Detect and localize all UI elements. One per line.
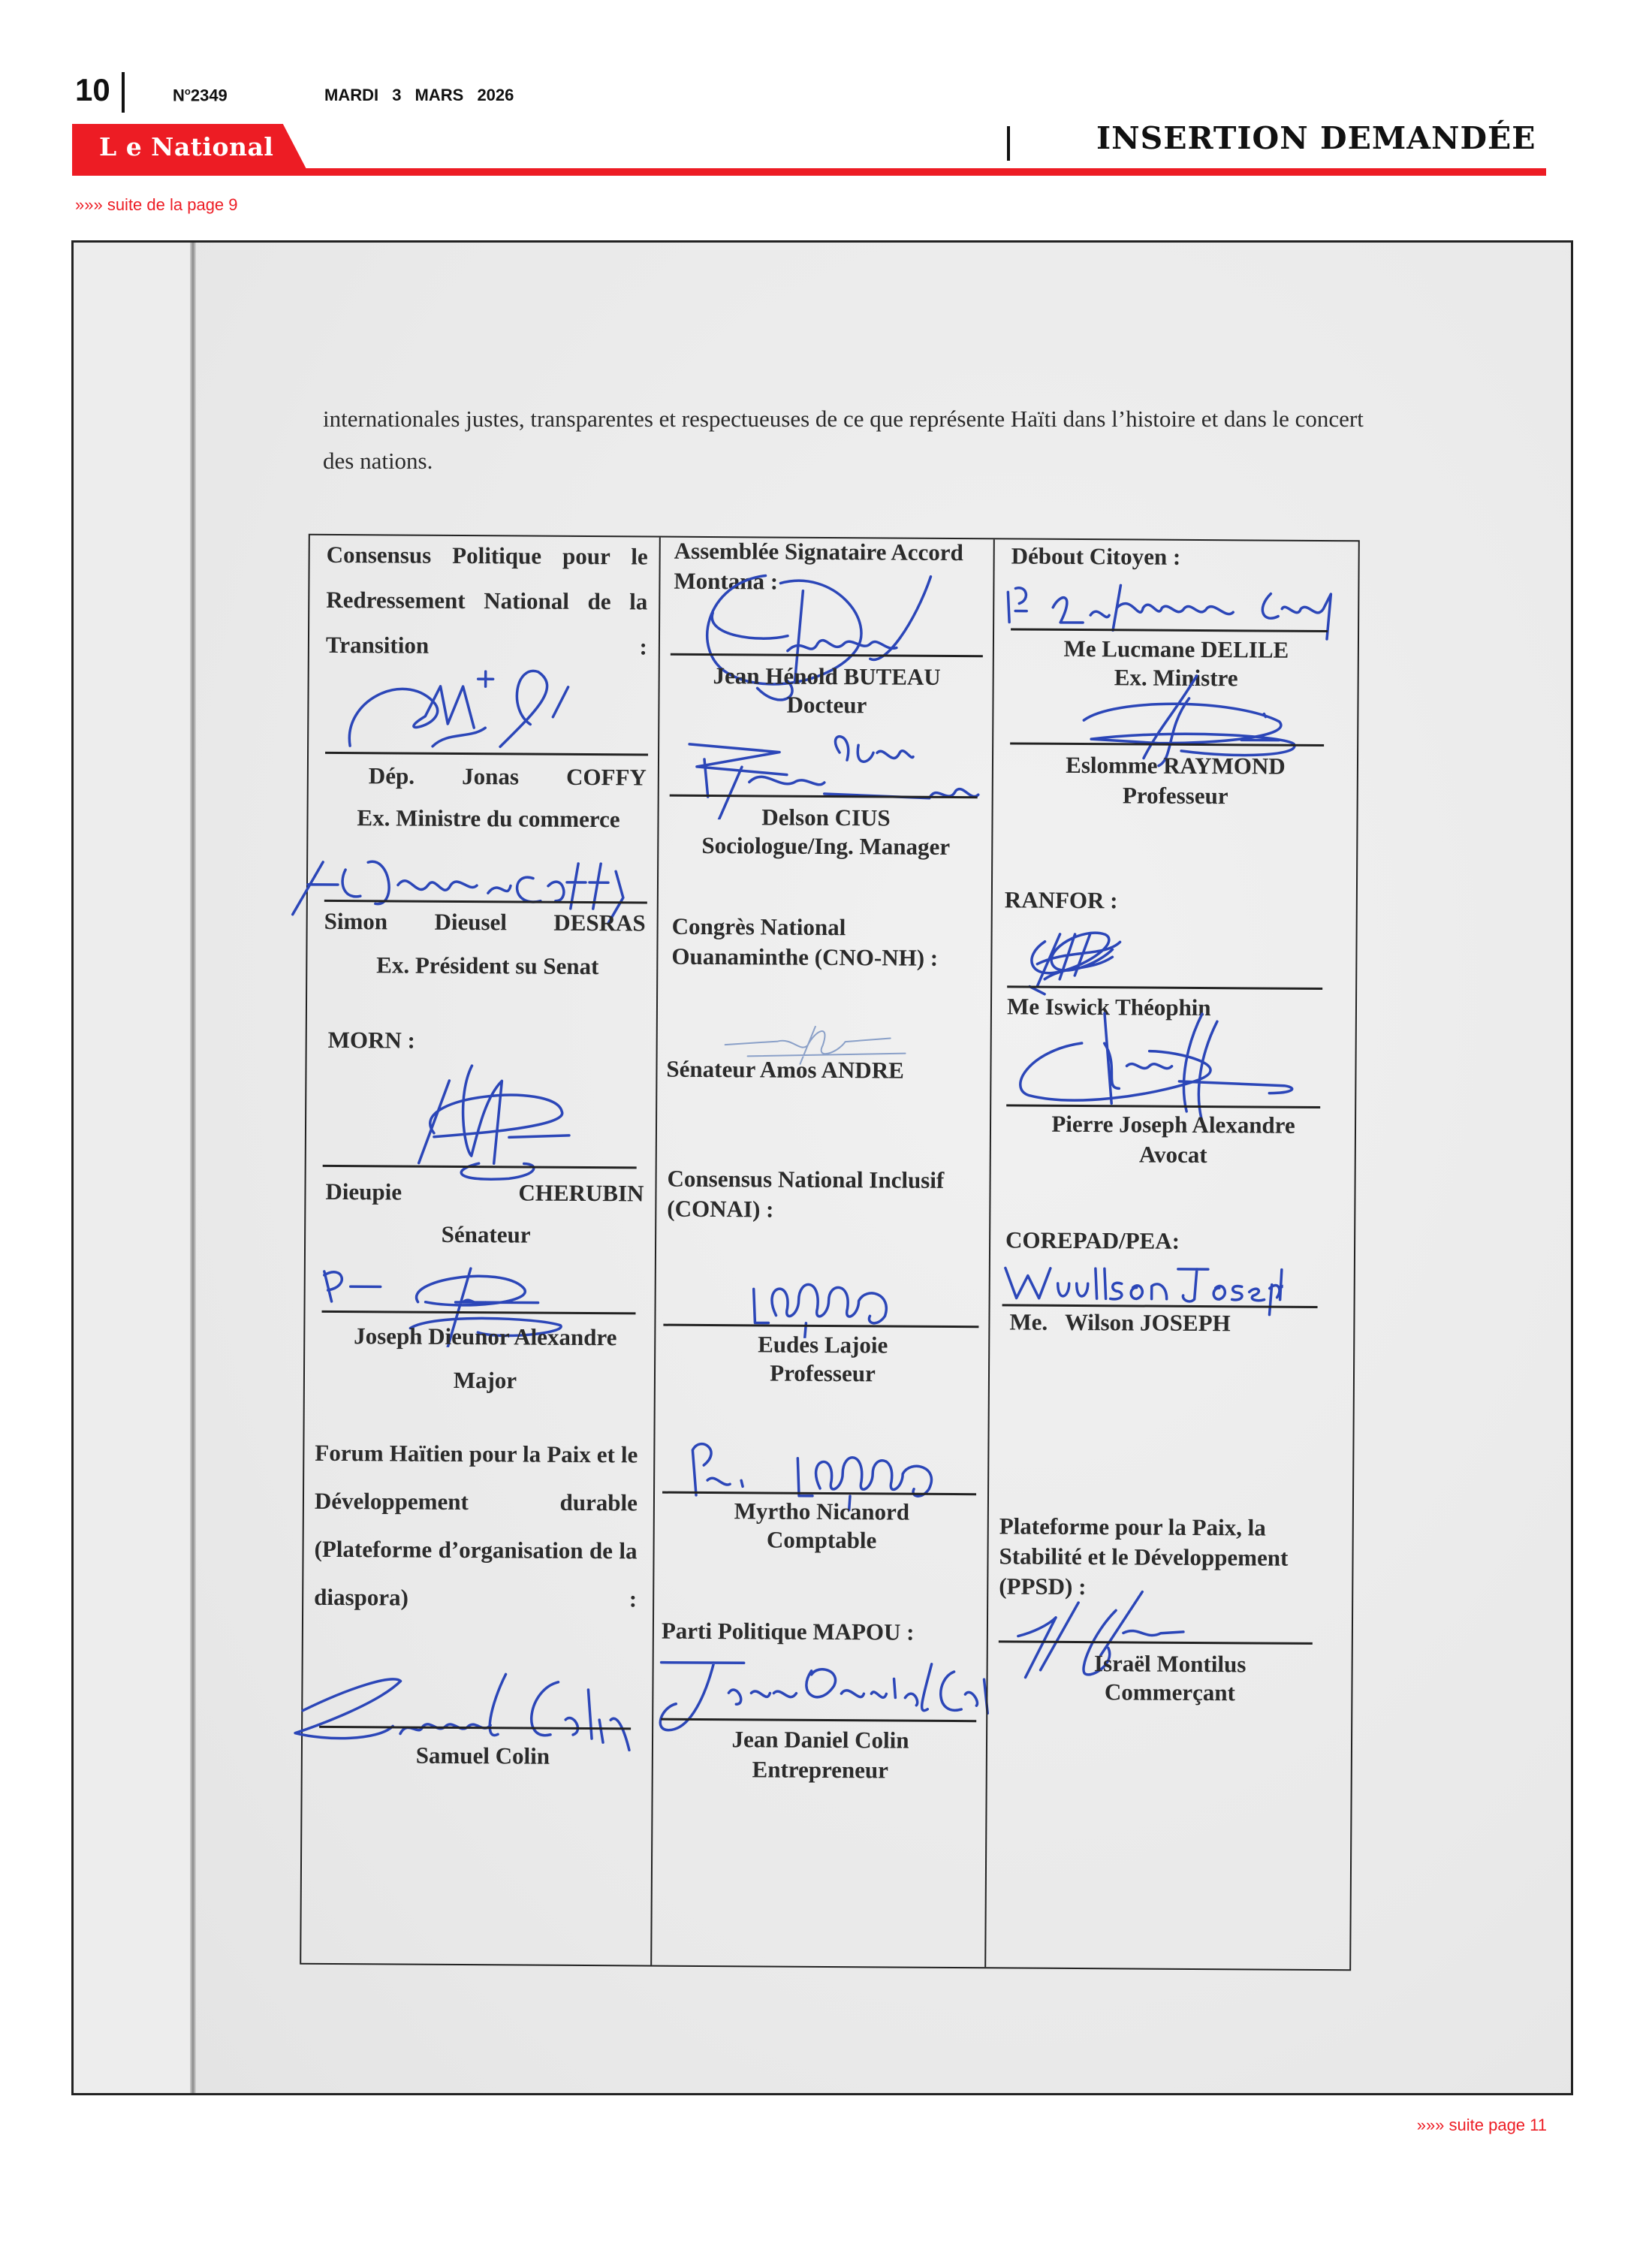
- group-title: Congrès National Ouanaminthe (CNO-NH) :: [671, 912, 987, 974]
- signature-lajoie-icon: [746, 1270, 897, 1338]
- signatory-role: Docteur: [659, 689, 993, 722]
- signatory-role: Ex. Ministre du commerce: [323, 803, 653, 835]
- signatory-name: Samuel Colin: [318, 1740, 648, 1772]
- signature-line: [1007, 985, 1322, 990]
- signatory-name: Joseph Dieunor Alexandre: [320, 1321, 650, 1353]
- signatory-name: Dieupie CHERUBIN: [325, 1177, 644, 1209]
- signature-line: [321, 1310, 635, 1315]
- issue-value: 2349: [191, 86, 228, 104]
- signatory-role: Ex. Président su Senat: [322, 950, 653, 982]
- signatory-name: Delson CIUS: [659, 802, 993, 834]
- issue-date: MARDI 3 MARS 2026: [324, 86, 514, 105]
- signatory-name: Simon Dieusel DESRAS: [324, 906, 646, 939]
- issue-sup: o: [185, 86, 191, 97]
- signatory-name: Me Lucmane DELILE: [994, 633, 1358, 665]
- signature-line: [324, 900, 647, 904]
- continued-to-link[interactable]: »»» suite page 11: [1417, 2116, 1547, 2135]
- signatory-name: Eslomme RAYMOND: [993, 749, 1358, 782]
- signatory-name: Myrtho Nicanord: [655, 1496, 989, 1528]
- signature-column-2: Assemblée Signataire Accord Montana : Je…: [650, 538, 995, 1968]
- signature-line: [670, 795, 978, 799]
- group-title: Parti Politique MAPOU :: [662, 1616, 984, 1648]
- signature-theophin-icon: [1014, 918, 1150, 1002]
- intro-paragraph: internationales justes, transparentes et…: [323, 398, 1374, 482]
- signatory-role: Professeur: [993, 780, 1358, 812]
- signatory-role: Comptable: [655, 1525, 989, 1557]
- group-title: Assemblée Signataire Accord Montana :: [674, 536, 981, 599]
- group-title: MORN :: [328, 1025, 644, 1057]
- group-title: Forum Haïtien pour la Paix et le Dévelop…: [314, 1429, 638, 1624]
- header-red-rule: [72, 168, 1546, 176]
- signature-line: [671, 653, 983, 658]
- signatory-name: Israël Montilus: [988, 1648, 1352, 1680]
- signatory-role: Professeur: [656, 1358, 990, 1390]
- signatory-role: Major: [320, 1365, 650, 1397]
- signatory-role: Sociologue/Ing. Manager: [659, 831, 993, 863]
- signatory-role: Ex. Ministre: [994, 662, 1358, 694]
- signatory-role: Entrepreneur: [653, 1754, 987, 1787]
- continued-from-link[interactable]: »»» suite de la page 9: [75, 195, 238, 215]
- signature-table: Consensus Politique pour le Redressement…: [300, 534, 1360, 1971]
- signature-line: [323, 1165, 637, 1169]
- issue-label: N: [173, 86, 185, 104]
- signatory-name: Eudes Lajoie: [656, 1329, 990, 1362]
- group-title: COREPAD/PEA:: [1005, 1225, 1336, 1257]
- signatory-name: Sénateur Amos ANDRE: [666, 1054, 981, 1087]
- group-title: Débout Citoyen :: [1011, 541, 1342, 573]
- signature-column-1: Consensus Politique pour le Redressement…: [301, 535, 659, 1965]
- issue-number: No2349: [173, 86, 228, 105]
- signature-column-3: Débout Citoyen : Me Lucmane DELILE Ex. M…: [984, 539, 1358, 1969]
- signature-line: [661, 1718, 976, 1723]
- signatory-role: Sénateur: [321, 1219, 651, 1251]
- page-number-divider: [122, 72, 125, 113]
- signature-line: [662, 1491, 976, 1496]
- signatory-name: Pierre Joseph Alexandre: [991, 1108, 1355, 1141]
- signatory-name: Me Iswick Théophin: [1007, 991, 1337, 1024]
- signature-line: [663, 1324, 978, 1329]
- signatory-name: Me. Wilson JOSEPH: [1000, 1307, 1362, 1339]
- page-fold-shadow: [190, 243, 196, 2093]
- page-number: 10: [75, 72, 110, 108]
- signature-line: [1011, 628, 1328, 632]
- signature-line: [999, 1640, 1313, 1645]
- signatory-role: Avocat: [991, 1139, 1355, 1171]
- signature-line: [319, 1726, 631, 1730]
- signatory-name: Dép. Jonas COFFY: [369, 761, 647, 792]
- signature-line: [325, 752, 648, 756]
- signatory-name: Jean Hénold BUTEAU: [660, 661, 994, 693]
- group-title: RANFOR :: [1005, 885, 1335, 917]
- group-title: Consensus National Inclusif (CONAI) :: [667, 1164, 982, 1226]
- signatory-name: Jean Daniel Colin: [653, 1724, 987, 1757]
- signature-line: [1010, 742, 1324, 746]
- newspaper-logo: L e National: [99, 132, 273, 161]
- section-divider: [1007, 126, 1010, 161]
- group-title: Plateforme pour la Paix, la Stabilité et…: [999, 1511, 1333, 1603]
- group-title: Consensus Politique pour le Redressement…: [326, 532, 648, 670]
- signatory-role: Commerçant: [987, 1676, 1352, 1709]
- section-title: INSERTION DEMANDÉE: [1096, 120, 1536, 156]
- signature-line: [1006, 1104, 1320, 1108]
